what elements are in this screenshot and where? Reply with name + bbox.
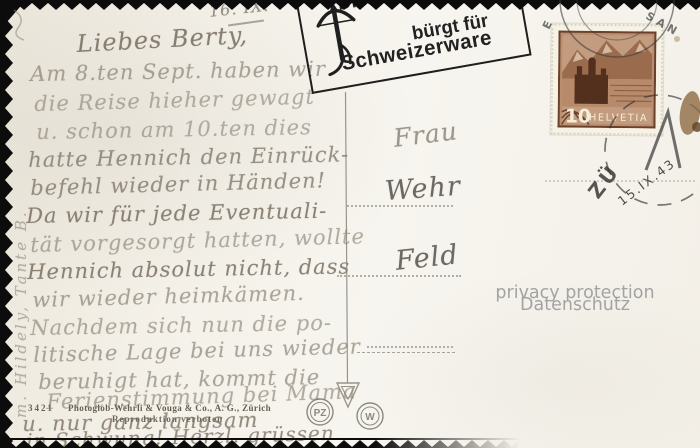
stamp-value: 10 (565, 106, 591, 127)
postcard-back-scan: Liebes Berty, Am 8.ten Sept. haben wir d… (0, 0, 700, 448)
handwriting-line: Am 8.ten Sept. haben wir (30, 57, 326, 86)
postage-stamp: 10 HELVETIA (550, 23, 663, 135)
address-dashed-line (357, 352, 455, 353)
watermark-line-de: Datenschutz (450, 298, 700, 313)
handwriting-line: u. schon am 10.ten dies (36, 115, 312, 144)
privacy-watermark: privacy protection Datenschutz (450, 286, 700, 313)
address-line-name: Wehr (384, 171, 462, 207)
address-dotted-line (367, 346, 453, 348)
stamp-country: HELVETIA (589, 112, 648, 124)
stamp-artwork: 10 HELVETIA (557, 30, 656, 128)
handwriting-margin-note: m. Hildely, Tante B. (12, 209, 30, 418)
address-dotted-line (545, 180, 695, 182)
address-line-place: Feld (394, 239, 460, 276)
